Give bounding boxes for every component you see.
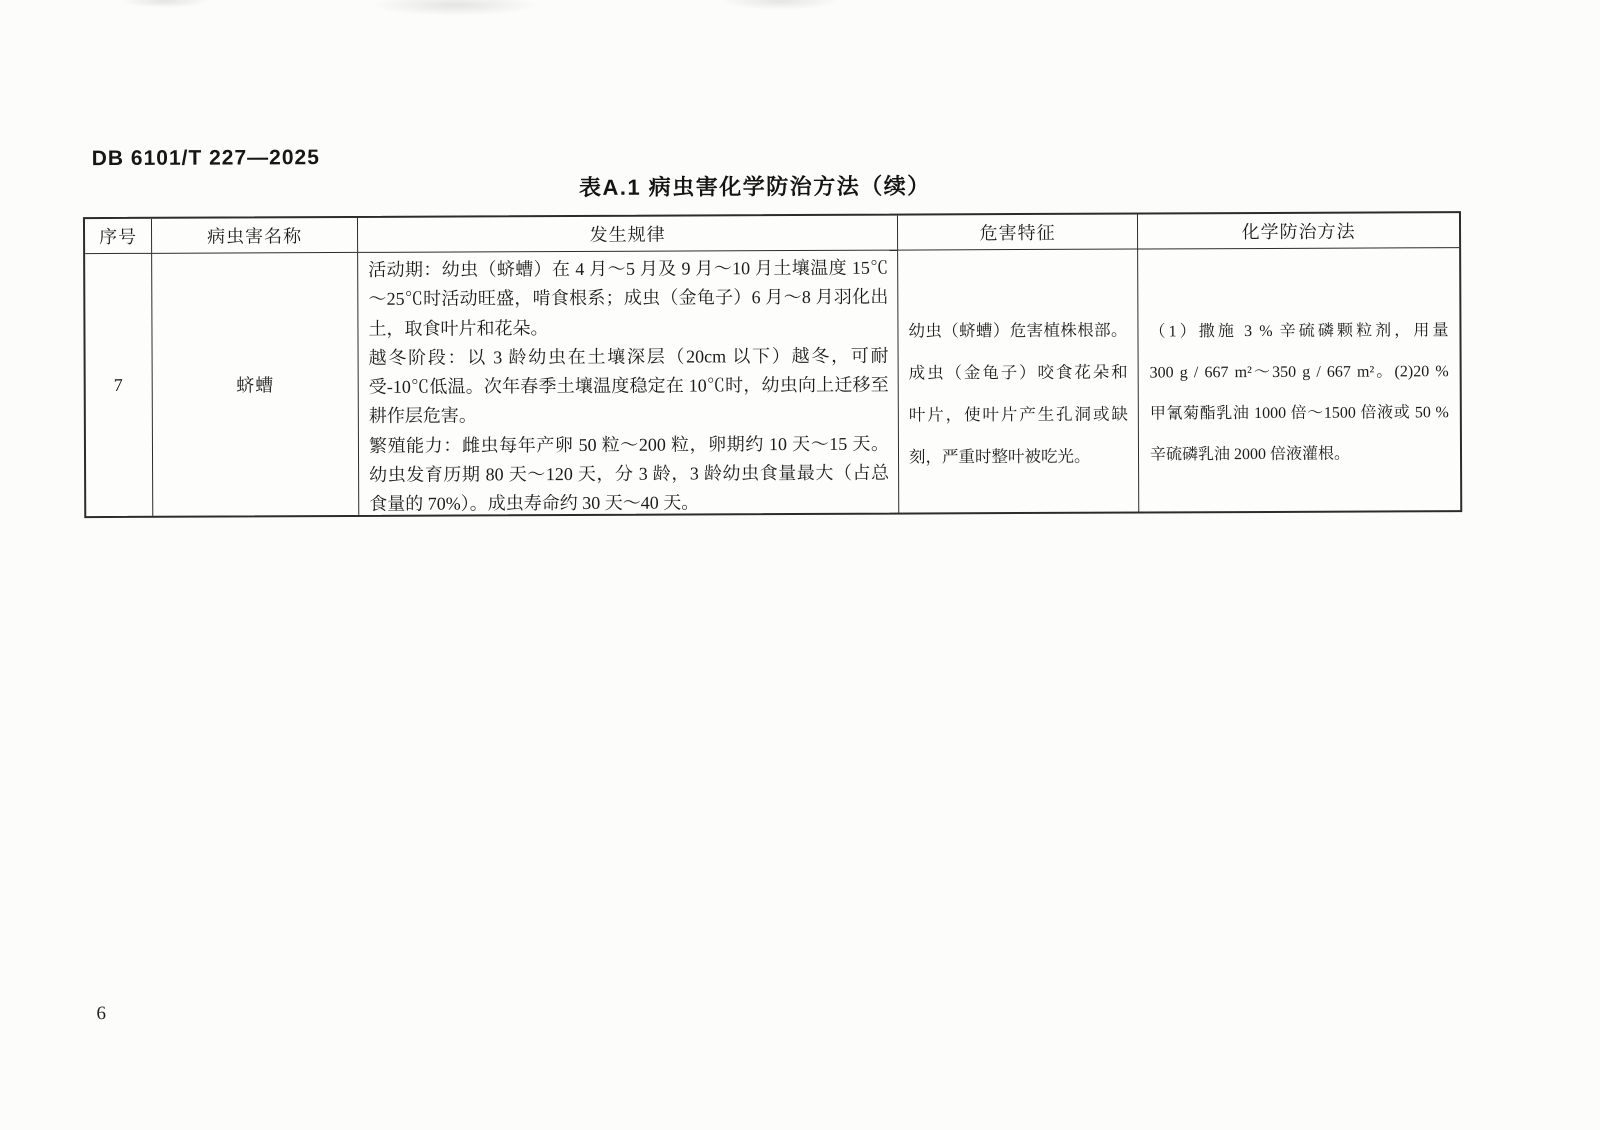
cell-occurrence-pattern: 活动期：幼虫（蛴螬）在 4 月～5 月及 9 月～10 月土壤温度 15℃～25… [357,250,898,515]
column-header-index: 序号 [85,219,151,253]
control-text-block: （1）撒施 3 % 辛硫磷颗粒剂，用量 300 g / 667 m²～350 g… [1149,310,1449,475]
damage-line: 叶片，使叶片产生孔洞或缺 [909,394,1128,437]
column-header-damage: 危害特征 [897,215,1137,250]
cell-damage-characteristics: 幼虫（蛴螬）危害植株根部。 成虫（金龟子）咬食花朵和 叶片，使叶片产生孔洞或缺 … [897,249,1138,513]
damage-text-block: 幼虫（蛴螬）危害植株根部。 成虫（金龟子）咬食花朵和 叶片，使叶片产生孔洞或缺 … [908,310,1128,479]
column-header-control: 化学防治方法 [1137,213,1459,248]
damage-line: 成虫（金龟子）咬食花朵和 [909,352,1128,395]
control-line: 辛硫磷乳油 2000 倍液灌根。 [1150,433,1449,475]
document-code: DB 6101/T 227—2025 [92,146,320,171]
damage-line: 幼虫（蛴螬）危害植株根部。 [908,310,1127,353]
page-number: 6 [96,1003,106,1025]
table-title: 表A.1 病虫害化学防治方法（续） [0,167,1511,205]
control-line: （1）撒施 3 % 辛硫磷颗粒剂，用量 [1149,310,1448,352]
occurrence-paragraph-reproduction: 繁殖能力：雌虫每年产卵 50 粒～200 粒，卵期约 10 天～15 天。幼虫发… [369,429,889,515]
cell-row-index: 7 [85,253,152,516]
column-header-pest-name: 病虫害名称 [151,218,357,253]
page-sheet: DB 6101/T 227—2025 表A.1 病虫害化学防治方法（续） 序号 … [0,0,1600,1130]
occurrence-paragraph-overwinter: 越冬阶段：以 3 龄幼虫在土壤深层（20cm 以下）越冬，可耐受-10℃低温。次… [369,342,889,432]
control-line: 甲氰菊酯乳油 1000 倍～1500 倍液或 50 % [1150,392,1449,434]
occurrence-paragraph-activity: 活动期：幼虫（蛴螬）在 4 月～5 月及 9 月～10 月土壤温度 15℃～25… [368,254,888,344]
pest-control-table: 序号 病虫害名称 发生规律 危害特征 化学防治方法 7 蛴螬 活动期：幼虫（蛴螬… [83,211,1462,518]
column-header-occurrence: 发生规律 [357,216,897,252]
damage-line: 刻，严重时整叶被吃光。 [909,436,1128,479]
control-line: 300 g / 667 m²～350 g / 667 m²。(2)20 % [1150,351,1449,393]
scanned-document-page: DB 6101/T 227—2025 表A.1 病虫害化学防治方法（续） 序号 … [0,0,1600,1130]
cell-chemical-control: （1）撒施 3 % 辛硫磷颗粒剂，用量 300 g / 667 m²～350 g… [1137,247,1460,511]
cell-pest-name: 蛴螬 [151,252,358,516]
